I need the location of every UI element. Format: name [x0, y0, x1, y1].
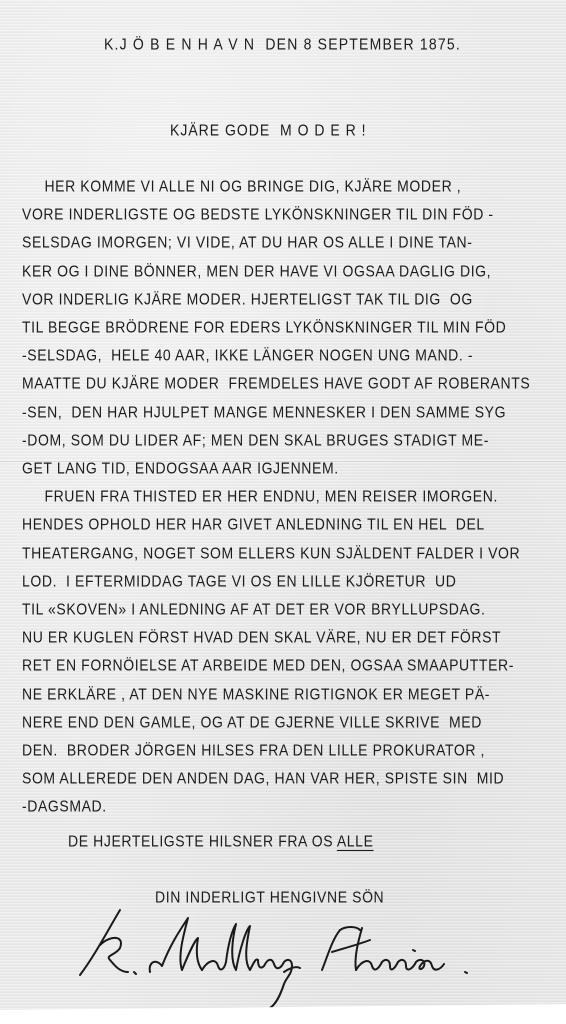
letter-body-line: SELSDAG IMORGEN; VI VIDE, AT DU HAR OS A… — [22, 233, 473, 251]
letter-body-line: -SELSDAG, HELE 40 AAR, IKKE LÄNGER NOGEN… — [22, 346, 473, 364]
letter-body-line: HENDES OPHOLD HER HAR GIVET ANLEDNING TI… — [22, 515, 485, 533]
letter-body-line: NE ERKLÄRE , AT DEN NYE MASKINE RIGTIGNO… — [22, 685, 490, 703]
letter-body-line: NU ER KUGLEN FÖRST HVAD DEN SKAL VÄRE, N… — [22, 628, 501, 646]
letter-body-line: THEATERGANG, NOGET SOM ELLERS KUN SJÄLDE… — [22, 544, 520, 562]
letter-closing: DE HJERTELIGSTE HILSNER FRA OS ALLE — [68, 832, 374, 850]
letter-body-line: FRUEN FRA THISTED ER HER ENDNU, MEN REIS… — [22, 487, 498, 505]
letter-salutation: KJÄRE GODE M O D E R ! — [170, 121, 366, 139]
letter-body-line: HER KOMME VI ALLE NI OG BRINGE DIG, KJÄR… — [22, 177, 461, 195]
letter-body-line: -DAGSMAD. — [22, 797, 107, 815]
letter-body-line: LOD. I EFTERMIDDAG TAGE VI OS EN LILLE K… — [22, 572, 456, 590]
closing-text: DE HJERTELIGSTE HILSNER FRA OS — [68, 832, 337, 850]
letter-body-line: RET EN FORNÖIELSE AT ARBEIDE MED DEN, OG… — [22, 656, 514, 674]
letter-body-line: GET LANG TID, ENDOGSAA AAR IGJENNEM. — [22, 459, 339, 477]
letter-dateline: K.J Ö B E N H A V N DEN 8 SEPTEMBER 1875… — [104, 35, 461, 53]
letter-body-line: -SEN, DEN HAR HJULPET MANGE MENNESKER I … — [22, 403, 506, 421]
letter-page: K.J Ö B E N H A V N DEN 8 SEPTEMBER 1875… — [0, 0, 566, 1014]
letter-body-line: NERE END DEN GAMLE, OG AT DE GJERNE VILL… — [22, 713, 482, 731]
letter-body-line: VOR INDERLIG KJÄRE MODER. HJERTELIGST TA… — [22, 290, 473, 308]
letter-body-line: -DOM, SOM DU LIDER AF; MEN DEN SKAL BRUG… — [22, 431, 489, 449]
letter-body-line: TIL BEGGE BRÖDRENE FOR EDERS LYKÖNSKNING… — [22, 318, 506, 336]
signature-icon — [70, 900, 530, 1010]
letter-body-line: DEN. BRODER JÖRGEN HILSES FRA DEN LILLE … — [22, 741, 485, 759]
letter-body-line: VORE INDERLIGSTE OG BEDSTE LYKÖNSKNINGER… — [22, 205, 494, 223]
letter-body-line: TIL «SKOVEN» I ANLEDNING AF AT DET ER VO… — [22, 600, 485, 618]
letter-body-line: SOM ALLEREDE DEN ANDEN DAG, HAN VAR HER,… — [22, 769, 504, 787]
closing-emphasis: ALLE — [337, 832, 374, 850]
handwritten-signature — [70, 900, 530, 1010]
letter-body-line: KER OG I DINE BÖNNER, MEN DER HAVE VI OG… — [22, 262, 491, 280]
letter-body-line: MAATTE DU KJÄRE MODER FREMDELES HAVE GOD… — [22, 374, 530, 392]
